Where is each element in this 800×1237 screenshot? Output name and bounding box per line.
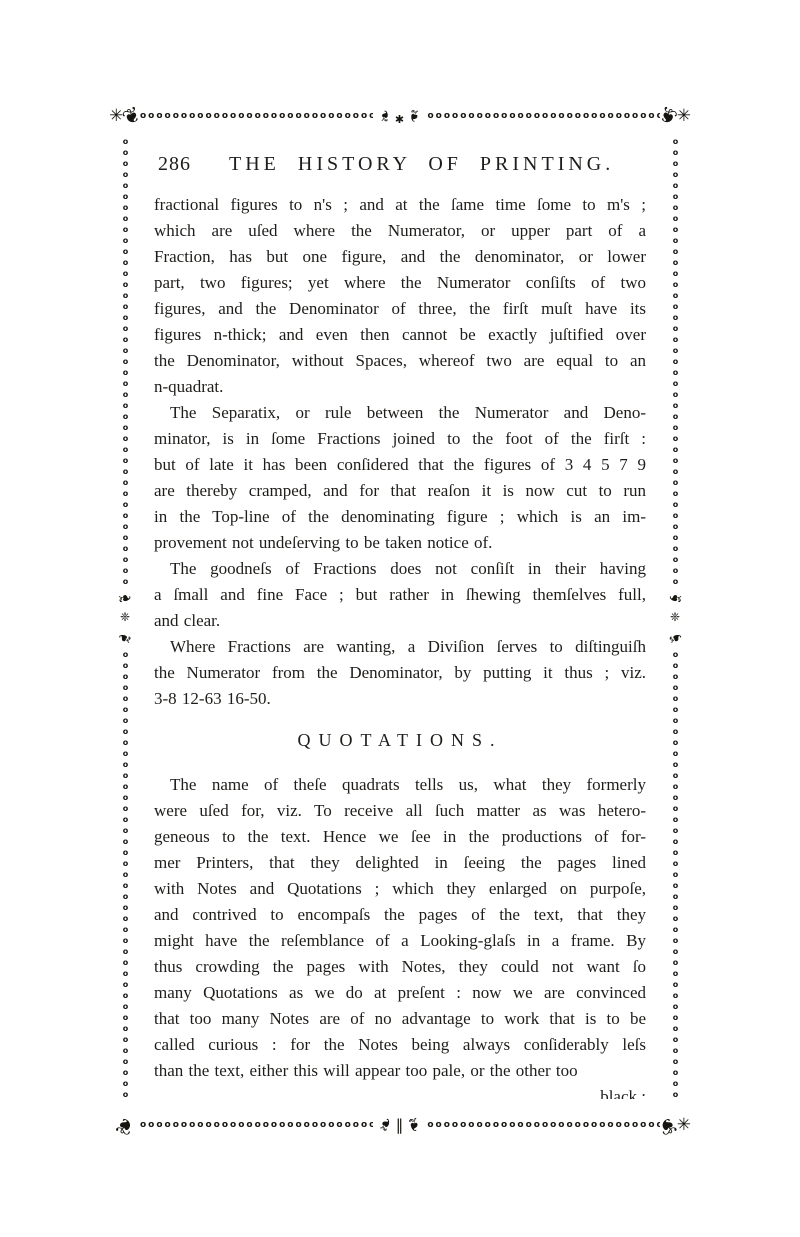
text-line: many Quotations as we do at preſent : no…	[154, 980, 646, 1006]
corner-ornament-bottom-right-icon: ❦✳	[660, 1099, 690, 1151]
paragraph: fractional figures to n's ; and at the ſ…	[154, 192, 646, 400]
text-line: the Denominator, without Spaces, whereof…	[154, 348, 646, 374]
text-line: The Separatix, or rule between the Numer…	[154, 400, 646, 426]
corner-ornament-bottom-left-icon: ❦	[110, 1099, 140, 1151]
right-border-center-ornament-icon: ❧ ❈ ❧	[668, 586, 682, 651]
rosette-icon: ❈	[120, 611, 130, 625]
bead-chain: oooooooooooooooooooooooooooooooooooooooo…	[121, 650, 129, 1099]
text-line: that too many Notes are of no advantage …	[154, 1006, 646, 1032]
page-content: 286 THE HISTORY OF PRINTING. fractional …	[140, 137, 660, 1099]
text-line: a ſmall and fine Face ; but rather in ſh…	[154, 582, 646, 608]
text-line: Where Fractions are wanting, a Diviſion …	[154, 634, 646, 660]
section-heading: QUOTATIONS.	[154, 728, 646, 752]
bead-chain: oooooooooooooooooooooooooooooooooooooooo…	[671, 650, 679, 1099]
text-line: The goodneſs of Fractions does not conſi…	[154, 556, 646, 582]
bottom-border-center-ornament-icon: ❧ ‖ ☙	[373, 1116, 428, 1134]
text-line: in the Top-line of the denominating figu…	[154, 504, 646, 530]
page-header: 286 THE HISTORY OF PRINTING.	[158, 153, 646, 176]
text-line: thus crowding the pages with Notes, they…	[154, 954, 646, 980]
bead-chain: oooooooooooooooooooooooooooooooooooooooo…	[140, 1121, 373, 1130]
bead-chain: oooooooooooooooooooooooooooooooooooooooo…	[427, 112, 660, 121]
bottom-border: oooooooooooooooooooooooooooooooooooooooo…	[140, 1099, 660, 1151]
text-line: fractional figures to n's ; and at the ſ…	[154, 192, 646, 218]
text-line: mer Printers, that they delighted in ſee…	[154, 850, 646, 876]
text-line: than the text, either this will appear t…	[154, 1058, 646, 1084]
bead-chain: oooooooooooooooooooooooooooooooooooooooo…	[140, 112, 373, 121]
paragraph: Where Fractions are wanting, a Diviſion …	[154, 634, 646, 712]
left-border-center-ornament-icon: ❧ ❈ ❧	[118, 586, 132, 651]
top-border: oooooooooooooooooooooooooooooooooooooooo…	[140, 95, 660, 137]
paragraph: The Separatix, or rule between the Numer…	[154, 400, 646, 556]
fleuron-icon: ❧	[666, 588, 685, 611]
text-line: minator, is in ſome Fractions joined to …	[154, 426, 646, 452]
top-border-center-ornament-icon: ❧ ✱ ☙	[373, 108, 428, 124]
fleuron-icon: ❧	[666, 625, 685, 648]
fleuron-icon: ☙	[402, 1114, 424, 1135]
book-page-scan: ✳❦ ooooooooooooooooooooooooooooooooooooo…	[0, 0, 800, 1237]
ornamental-border-frame: ✳❦ ooooooooooooooooooooooooooooooooooooo…	[110, 95, 690, 1151]
text-line: provement not undeſerving to be taken no…	[154, 530, 646, 556]
text-line: part, two figures; yet where the Numerat…	[154, 270, 646, 296]
corner-ornament-top-left-icon: ✳❦	[110, 95, 140, 137]
text-line: figures, and the Denominator of three, t…	[154, 296, 646, 322]
text-line: were uſed for, viz. To receive all ſuch …	[154, 798, 646, 824]
bead-chain: oooooooooooooooooooooooooooooooooooooooo…	[671, 137, 679, 586]
right-border: oooooooooooooooooooooooooooooooooooooooo…	[660, 137, 690, 1099]
bead-chain: oooooooooooooooooooooooooooooooooooooooo…	[427, 1121, 660, 1130]
fleuron-icon: ❧	[116, 588, 135, 611]
text-line: The name of theſe quadrats tells us, wha…	[154, 772, 646, 798]
fleuron-icon: ❧	[116, 625, 135, 648]
text-line: the Numerator from the Denominator, by p…	[154, 660, 646, 686]
text-line: might have the reſemblance of a Looking-…	[154, 928, 646, 954]
text-line: and clear.	[154, 608, 646, 634]
text-line: are thereby cramped, and for that reaſon…	[154, 478, 646, 504]
text-body: fractional figures to n's ; and at the ſ…	[154, 192, 646, 1099]
paragraph: The goodneſs of Fractions does not conſi…	[154, 556, 646, 634]
text-line: 3-8 12-63 16-50.	[154, 686, 646, 712]
text-line: and contrived to encompaſs the pages of …	[154, 902, 646, 928]
text-line: with Notes and Quotations ; which they e…	[154, 876, 646, 902]
fleuron-icon: ❧	[377, 109, 393, 122]
left-border: oooooooooooooooooooooooooooooooooooooooo…	[110, 137, 140, 1099]
text-line: but of late it has been conſidered that …	[154, 452, 646, 478]
corner-ornament-top-right-icon: ❦✳	[660, 95, 690, 137]
text-line: which are uſed where the Numerator, or u…	[154, 218, 646, 244]
text-line: called curious : for the Notes being alw…	[154, 1032, 646, 1058]
running-title: THE HISTORY OF PRINTING.	[229, 153, 614, 176]
fleuron-icon: ☙	[406, 109, 422, 123]
bead-chain: oooooooooooooooooooooooooooooooooooooooo…	[121, 137, 129, 586]
page-number: 286	[158, 153, 191, 176]
text-line: n-quadrat.	[154, 374, 646, 400]
fleuron-icon: ❦	[113, 1112, 138, 1138]
text-line: geneous to the text. Hence we ſee in the…	[154, 824, 646, 850]
text-line: Fraction, has but one figure, and the de…	[154, 244, 646, 270]
catchword: black ;	[154, 1084, 646, 1099]
paragraph: The name of theſe quadrats tells us, wha…	[154, 772, 646, 1084]
rosette-icon: ❈	[670, 611, 680, 625]
text-line: figures n-thick; and even then cannot be…	[154, 322, 646, 348]
